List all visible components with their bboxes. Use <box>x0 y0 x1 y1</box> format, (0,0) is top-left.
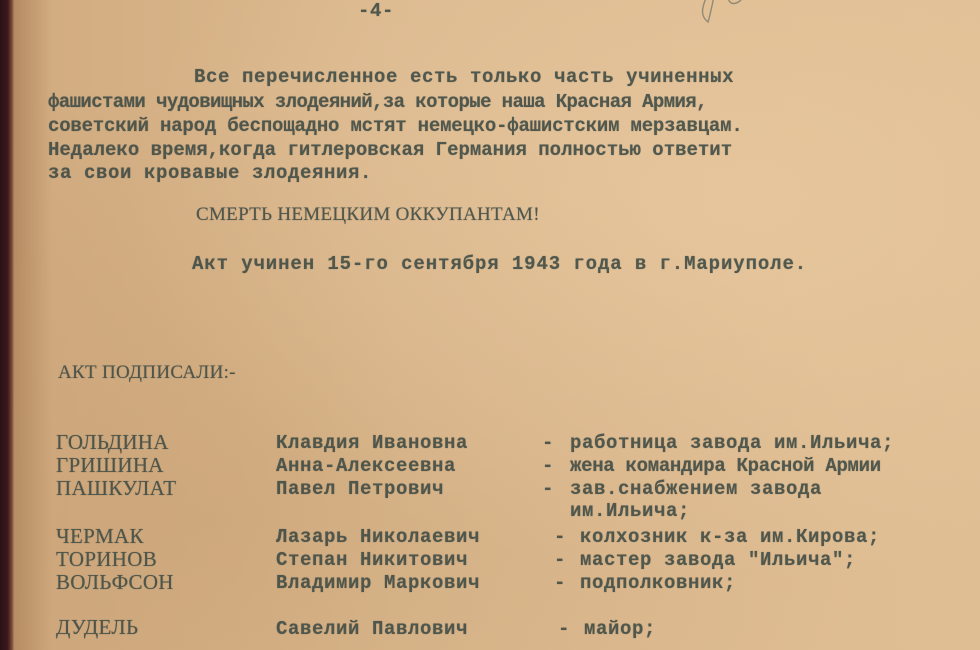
signatory-name: Владимир Маркович <box>276 572 480 594</box>
signatory-dash: - <box>542 455 554 477</box>
signatory-surname: ТОРИНОВ <box>56 547 157 572</box>
page-number: -4- <box>358 0 394 22</box>
signatory-role: работница завода им.Ильича; <box>570 432 894 454</box>
slogan: СМЕРТЬ НЕМЕЦКИМ ОККУПАНТАМ! <box>196 204 540 226</box>
signatory-name: Лазарь Николаевич <box>276 526 480 548</box>
act-date-line: Акт учинен 15-го сентября 1943 года в г.… <box>192 253 807 275</box>
signatory-role: жена командира Красной Армии <box>570 455 881 477</box>
signatory-role-continued: им.Ильича; <box>570 500 690 522</box>
signatory-name: Савелий Павлович <box>276 618 468 640</box>
signatory-name: Клавдия Ивановна <box>276 432 468 454</box>
signatory-dash: - <box>542 478 554 500</box>
signatory-surname: ПАШКУЛАТ <box>56 476 176 501</box>
signatory-dash: - <box>554 572 566 594</box>
paragraph-line-4: Недалеко время,когда гитлеровская Герман… <box>48 139 732 161</box>
document-page: -4- Все перечисленное есть только часть … <box>14 0 980 650</box>
pencil-annotation-icon <box>694 0 754 28</box>
signatory-surname: ДУДЕЛЬ <box>56 615 138 640</box>
paragraph-line-3: советский народ беспощадно мстят немецко… <box>48 115 743 137</box>
signatory-surname: ГОЛЬДИНА <box>56 430 169 455</box>
signatory-role: мастер завода "Ильича"; <box>580 549 856 571</box>
signatory-dash: - <box>554 549 566 571</box>
signatory-role: колхозник к-за им.Кирова; <box>580 526 880 548</box>
signatory-role: зав.снабжением завода <box>570 478 822 500</box>
paragraph-line-5: за свои кровавые злодеяния. <box>48 162 372 184</box>
signatory-surname: ВОЛЬФСОН <box>56 570 174 595</box>
paragraph-line-1: Все перечисленное есть только часть учин… <box>194 66 734 88</box>
signatories-heading: АКТ ПОДПИСАЛИ:- <box>58 362 236 384</box>
signatory-name: Анна-Алексеевна <box>276 455 456 477</box>
signatory-role: майор; <box>584 618 656 640</box>
signatory-surname: ГРИШИНА <box>56 453 164 478</box>
signatory-role: подполковник; <box>580 572 736 594</box>
paragraph-line-2: фашистами чудовищных злодеяний,за которы… <box>48 91 707 113</box>
signatory-name: Павел Петрович <box>276 478 444 500</box>
signatory-surname: ЧЕРМАК <box>56 524 144 549</box>
signatory-name: Степан Никитович <box>276 549 468 571</box>
signatory-dash: - <box>558 618 570 640</box>
signatory-dash: - <box>542 432 554 454</box>
signatory-dash: - <box>554 526 566 548</box>
book-binding-edge <box>0 0 14 650</box>
